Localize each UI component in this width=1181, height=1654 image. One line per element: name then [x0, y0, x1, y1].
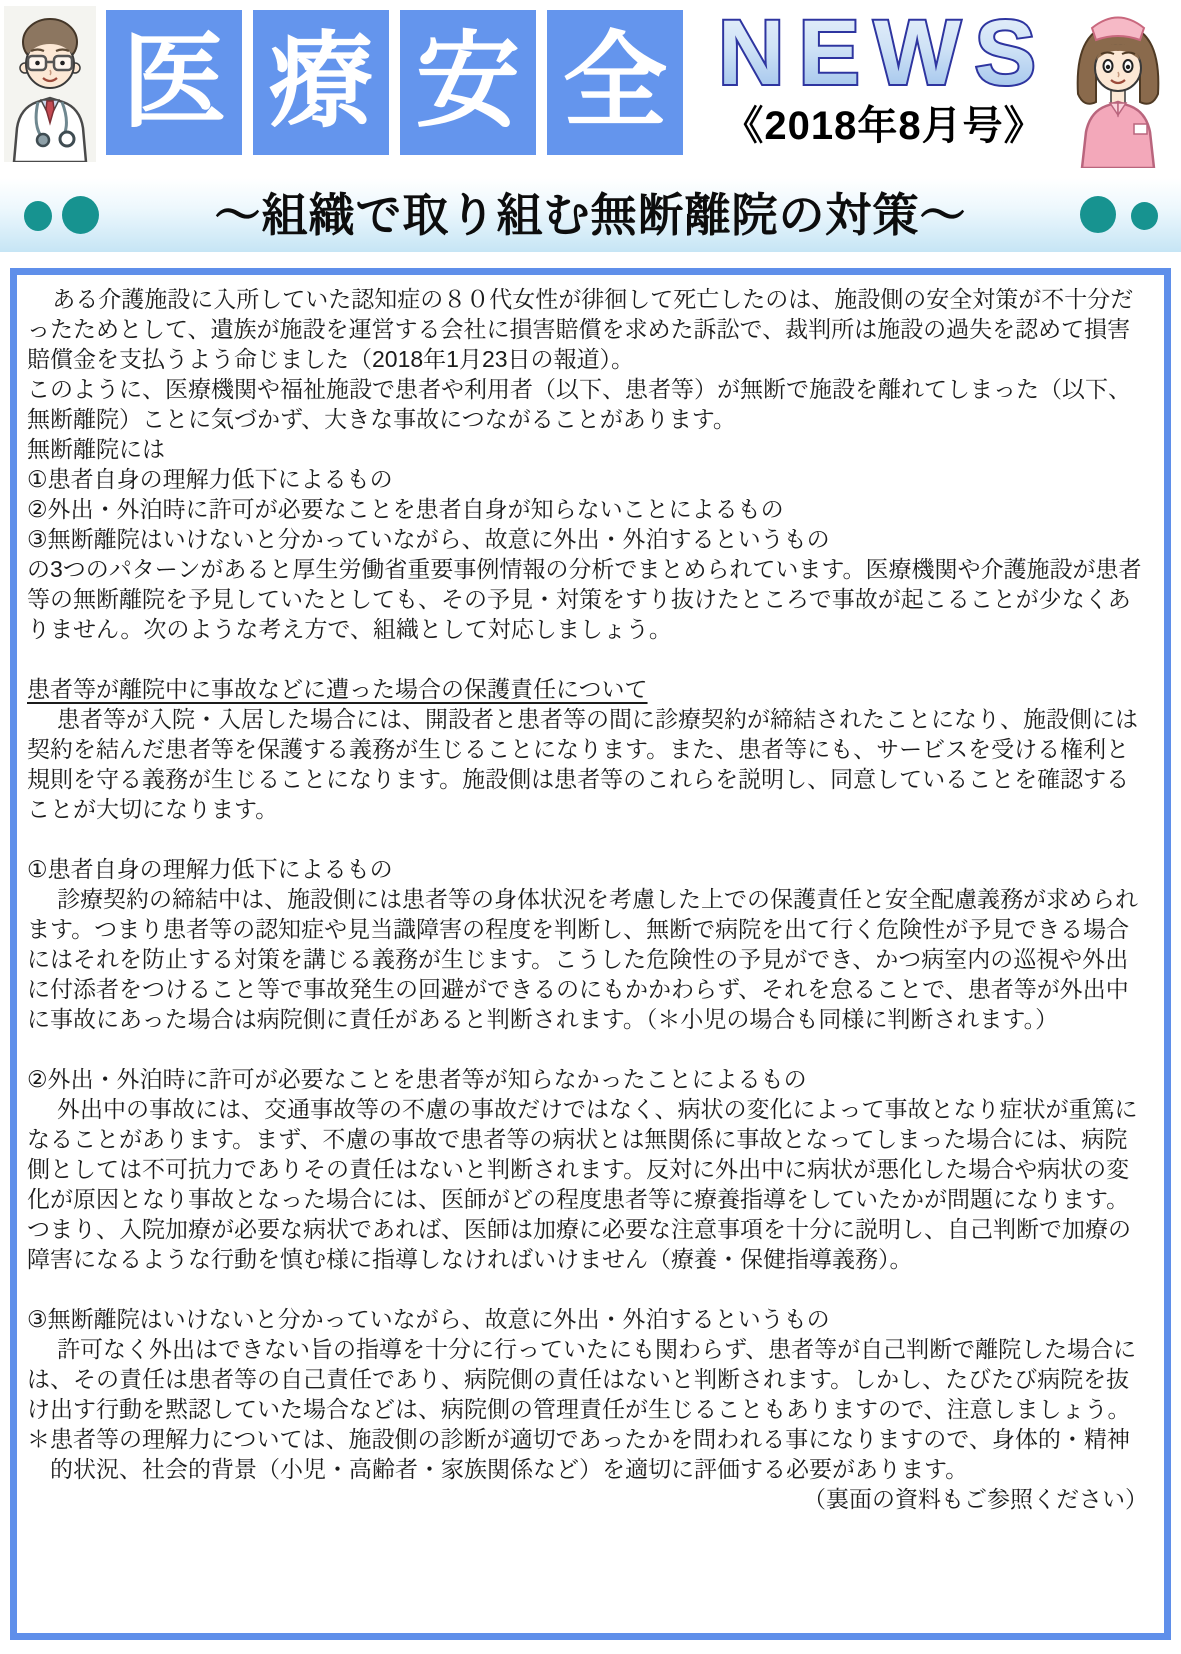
pattern-item-3: ③無断離院はいけないと分かっていながら、故意に外出・外泊するというもの	[27, 524, 1148, 554]
pattern-item-2: ②外出・外泊時に許可が必要なことを患者自身が知らないことによるもの	[27, 494, 1148, 524]
section-pattern-1: ①患者自身の理解力低下によるもの 診療契約の締結中は、施設側には患者等の身体状況…	[27, 854, 1148, 1034]
news-wordart: NEWS 《2018年8月号》	[688, 2, 1080, 150]
teal-dot-icon	[1080, 196, 1116, 233]
logo-medical-safety: 医 療 安 全	[106, 10, 683, 155]
issue-label: 《2018年8月号》	[688, 102, 1080, 150]
section-liability: 患者等が離院中に事故などに遭った場合の保護責任について 患者等が入院・入居した場…	[27, 674, 1148, 824]
news-text: NEWS	[718, 2, 1050, 102]
article-body: ある介護施設に入所していた認知症の８０代女性が徘徊して死亡したのは、施設側の安全…	[10, 268, 1171, 1640]
doctor-illustration-icon	[4, 6, 96, 162]
section-paragraph: 診療契約の締結中は、施設側には患者等の身体状況を考慮した上での保護責任と安全配慮…	[27, 884, 1148, 1034]
masthead: 医 療 安 全 NEWS 《2018年8月号》	[0, 0, 1181, 168]
intro-paragraph-3: の3つのパターンがあると厚生労働省重要事例情報の分析でまとめられています。医療機…	[27, 554, 1148, 644]
page-title: ～組織で取り組む無断離院の対策～	[0, 178, 1181, 252]
section-pattern-3: ③無断離院はいけないと分かっていながら、故意に外出・外泊するというもの 許可なく…	[27, 1304, 1148, 1424]
section-paragraph: 許可なく外出はできない旨の指導を十分に行っていたにも関わらず、患者等が自己判断で…	[27, 1334, 1148, 1424]
section-heading: 患者等が離院中に事故などに遭った場合の保護責任について	[27, 674, 1148, 704]
newsletter-page: 医 療 安 全 NEWS 《2018年8月号》	[0, 0, 1181, 1640]
teal-dot-icon	[1131, 202, 1158, 230]
logo-char-3: 安	[400, 10, 536, 155]
headline-bar: ～組織で取り組む無断離院の対策～	[0, 178, 1181, 252]
teal-dot-icon	[62, 196, 99, 234]
logo-char-1: 医	[106, 10, 242, 155]
pattern-item-1: ①患者自身の理解力低下によるもの	[27, 464, 1148, 494]
logo-char-2: 療	[253, 10, 389, 155]
intro-paragraph-2: このように、医療機関や福祉施設で患者や利用者（以下、患者等）が無断で施設を離れて…	[27, 374, 1148, 434]
section-heading: ③無断離院はいけないと分かっていながら、故意に外出・外泊するというもの	[27, 1304, 1148, 1334]
section-paragraph: 外出中の事故には、交通事故等の不慮の事故だけではなく、病状の変化によって事故とな…	[27, 1094, 1148, 1274]
footnote-reference-note: （裏面の資料もご参照ください）	[27, 1484, 1148, 1514]
section-pattern-2: ②外出・外泊時に許可が必要なことを患者等が知らなかったことによるもの 外出中の事…	[27, 1064, 1148, 1274]
nurse-illustration-icon	[1056, 2, 1180, 168]
teal-dot-icon	[24, 201, 52, 231]
section-paragraph: 患者等が入院・入居した場合には、開設者と患者等の間に診療契約が締結されたことにな…	[27, 704, 1148, 824]
section-heading: ①患者自身の理解力低下によるもの	[27, 854, 1148, 884]
news-wordart-svg: NEWS	[688, 2, 1080, 102]
intro-paragraph-1: ある介護施設に入所していた認知症の８０代女性が徘徊して死亡したのは、施設側の安全…	[27, 284, 1148, 374]
logo-char-4: 全	[547, 10, 683, 155]
lead-in-line: 無断離院には	[27, 434, 1148, 464]
footnote: ＊患者等の理解力については、施設側の診断が適切であったかを問われる事になりますの…	[27, 1424, 1148, 1484]
section-heading: ②外出・外泊時に許可が必要なことを患者等が知らなかったことによるもの	[27, 1064, 1148, 1094]
